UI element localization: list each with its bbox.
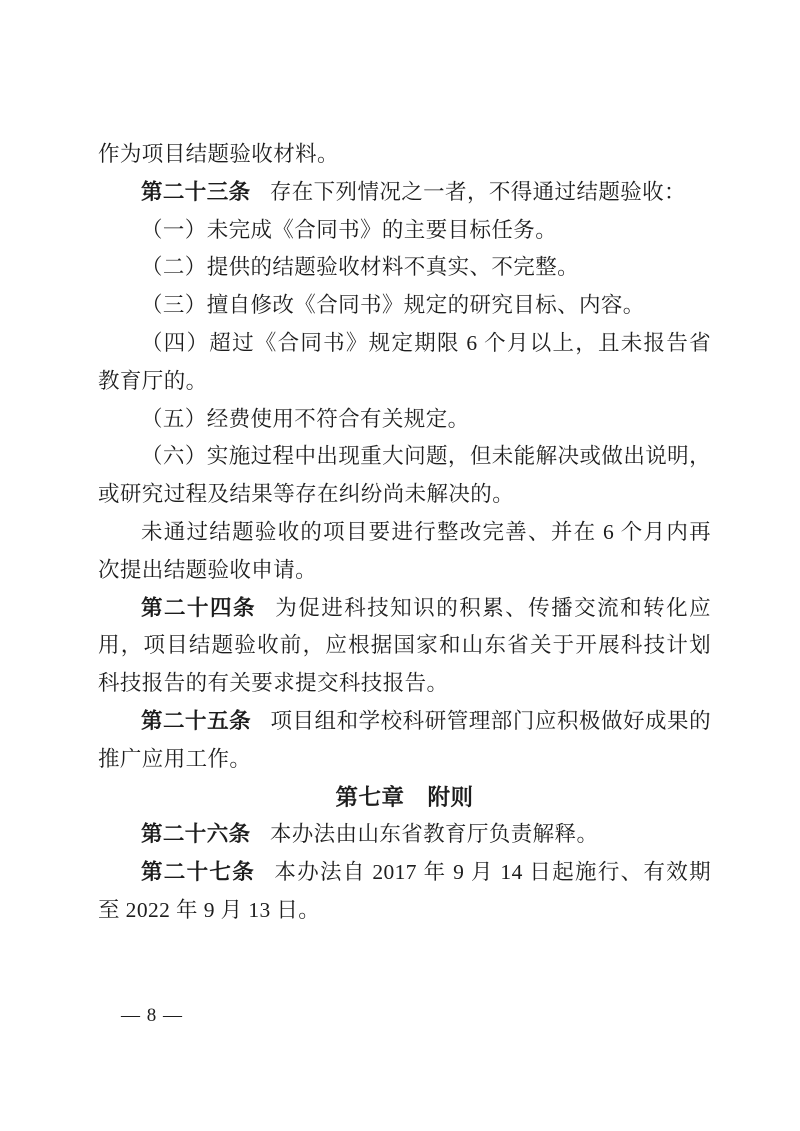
chapter-7-heading: 第七章 附则 [98, 779, 711, 817]
article-24-number: 第二十四条 [141, 596, 256, 620]
clause-3: （三）擅自修改《合同书》规定的研究目标、内容。 [98, 287, 711, 325]
clause-6: （六）实施过程中出现重大问题，但未能解决或做出说明，或研究过程及结果等存在纠纷尚… [98, 438, 711, 514]
article-23: 第二十三条存在下列情况之一者，不得通过结题验收： [98, 174, 711, 212]
article-24: 第二十四条为促进科技知识的积累、传播交流和转化应用，项目结题验收前，应根据国家和… [98, 590, 711, 703]
article-23-text: 存在下列情况之一者，不得通过结题验收： [270, 180, 686, 204]
article-23-number: 第二十三条 [141, 180, 251, 204]
article-25: 第二十五条项目组和学校科研管理部门应积极做好成果的推广应用工作。 [98, 703, 711, 779]
article-26-number: 第二十六条 [141, 822, 251, 846]
document-page: 作为项目结题验收材料。 第二十三条存在下列情况之一者，不得通过结题验收： （一）… [0, 0, 800, 1131]
clause-1: （一）未完成《合同书》的主要目标任务。 [98, 212, 711, 250]
article-26-text: 本办法由山东省教育厅负责解释。 [270, 822, 599, 846]
clause-5: （五）经费使用不符合有关规定。 [98, 401, 711, 439]
continuation-paragraph: 作为项目结题验收材料。 [98, 136, 711, 174]
article-27: 第二十七条本办法自 2017 年 9 月 14 日起施行、有效期至 2022 年… [98, 854, 711, 930]
article-25-number: 第二十五条 [141, 709, 251, 733]
article-27-number: 第二十七条 [141, 860, 255, 884]
clause-2: （二）提供的结题验收材料不真实、不完整。 [98, 249, 711, 287]
page-number: — 8 — [121, 1003, 183, 1029]
rectification-paragraph: 未通过结题验收的项目要进行整改完善、并在 6 个月内再次提出结题验收申请。 [98, 514, 711, 590]
article-26: 第二十六条本办法由山东省教育厅负责解释。 [98, 816, 711, 854]
clause-4: （四）超过《合同书》规定期限 6 个月以上，且未报告省教育厅的。 [98, 325, 711, 401]
document-body: 作为项目结题验收材料。 第二十三条存在下列情况之一者，不得通过结题验收： （一）… [98, 136, 711, 930]
